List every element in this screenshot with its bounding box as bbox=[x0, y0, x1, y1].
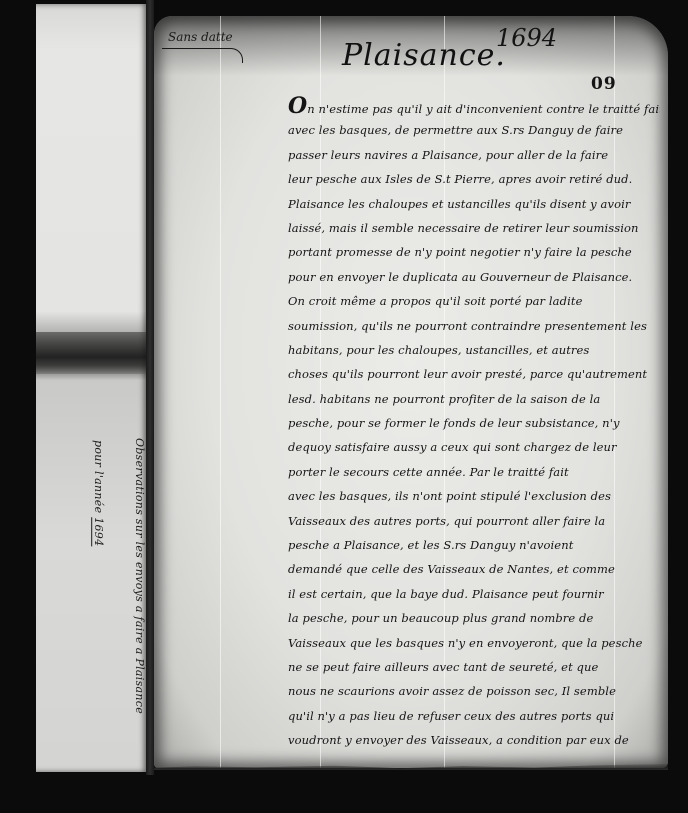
manuscript-line: avec les basques, ils n'ont point stipul… bbox=[288, 484, 660, 508]
document-title: Plaisance. bbox=[342, 38, 506, 73]
folio-number: 09 bbox=[591, 74, 617, 94]
manuscript-line: porter le secours cette année. Par le tr… bbox=[288, 460, 660, 484]
manuscript-line: pour en envoyer le duplicata au Gouverne… bbox=[288, 265, 660, 289]
margin-note-text: Observations sur les envoys a faire a Pl… bbox=[133, 438, 146, 714]
manuscript-line: ne se peut faire ailleurs avec tant de s… bbox=[288, 655, 660, 679]
margin-note-line-2: pour l'année 1694 bbox=[92, 440, 105, 590]
manuscript-line: lesd. habitans ne pourront profiter de l… bbox=[288, 387, 660, 411]
manuscript-line: Plaisance les chaloupes et ustancilles q… bbox=[288, 192, 660, 216]
manuscript-line: Vaisseaux des autres ports, qui pourront… bbox=[288, 509, 660, 533]
manuscript-line: On croit même a propos qu'il soit porté … bbox=[288, 289, 660, 313]
manuscript-line: avec les basques, de permettre aux S.rs … bbox=[288, 118, 660, 142]
manuscript-line: portant promesse de n'y point negotier n… bbox=[288, 240, 660, 264]
margin-note-text-2: pour l'année bbox=[92, 440, 105, 513]
manuscript-line: demandé que celle des Vaisseaux de Nante… bbox=[288, 557, 660, 581]
torn-bottom-edge bbox=[154, 764, 668, 770]
manuscript-line: voudront y envoyer des Vaisseaux, a cond… bbox=[288, 728, 660, 752]
binding-spine bbox=[146, 0, 154, 775]
manuscript-body: On n'estime pas qu'il y ait d'inconvenie… bbox=[288, 94, 660, 753]
manuscript-line: habitans, pour les chaloupes, ustancille… bbox=[288, 338, 660, 362]
manuscript-line: la pesche, pour un beaucoup plus grand n… bbox=[288, 606, 660, 630]
manuscript-page: Sans datte Plaisance. 1694 09 On n'estim… bbox=[154, 16, 668, 768]
margin-note-year: 1694 bbox=[92, 517, 105, 546]
fold-shadow bbox=[36, 332, 150, 374]
manuscript-line: leur pesche aux Isles de S.t Pierre, apr… bbox=[288, 167, 660, 191]
manuscript-line: nous ne scaurions avoir assez de poisson… bbox=[288, 679, 660, 703]
manuscript-line: qu'il n'y a pas lieu de refuser ceux des… bbox=[288, 704, 660, 728]
manuscript-line: pesche, pour se former le fonds de leur … bbox=[288, 411, 660, 435]
manuscript-line: choses qu'ils pourront leur avoir presté… bbox=[288, 362, 660, 386]
manuscript-line: dequoy satisfaire aussy a ceux qui sont … bbox=[288, 435, 660, 459]
manuscript-line: il est certain, que la baye dud. Plaisan… bbox=[288, 582, 660, 606]
manuscript-line: pesche a Plaisance, et les S.rs Danguy n… bbox=[288, 533, 660, 557]
manuscript-line: laissé, mais il semble necessaire de ret… bbox=[288, 216, 660, 240]
header-bracket bbox=[162, 48, 243, 63]
manuscript-line: Vaisseaux que les basques n'y en envoyer… bbox=[288, 631, 660, 655]
microfilm-scan: Observations sur les envoys a faire a Pl… bbox=[0, 0, 688, 813]
manuscript-line: On n'estime pas qu'il y ait d'inconvenie… bbox=[288, 94, 660, 118]
scan-line bbox=[220, 16, 221, 768]
manuscript-line: passer leurs navires a Plaisance, pour a… bbox=[288, 143, 660, 167]
margin-note-line-1: Observations sur les envoys a faire a Pl… bbox=[133, 438, 146, 738]
manuscript-line: soumission, qu'ils ne pourront contraind… bbox=[288, 314, 660, 338]
header-note: Sans datte bbox=[168, 30, 233, 44]
document-year: 1694 bbox=[496, 24, 557, 52]
